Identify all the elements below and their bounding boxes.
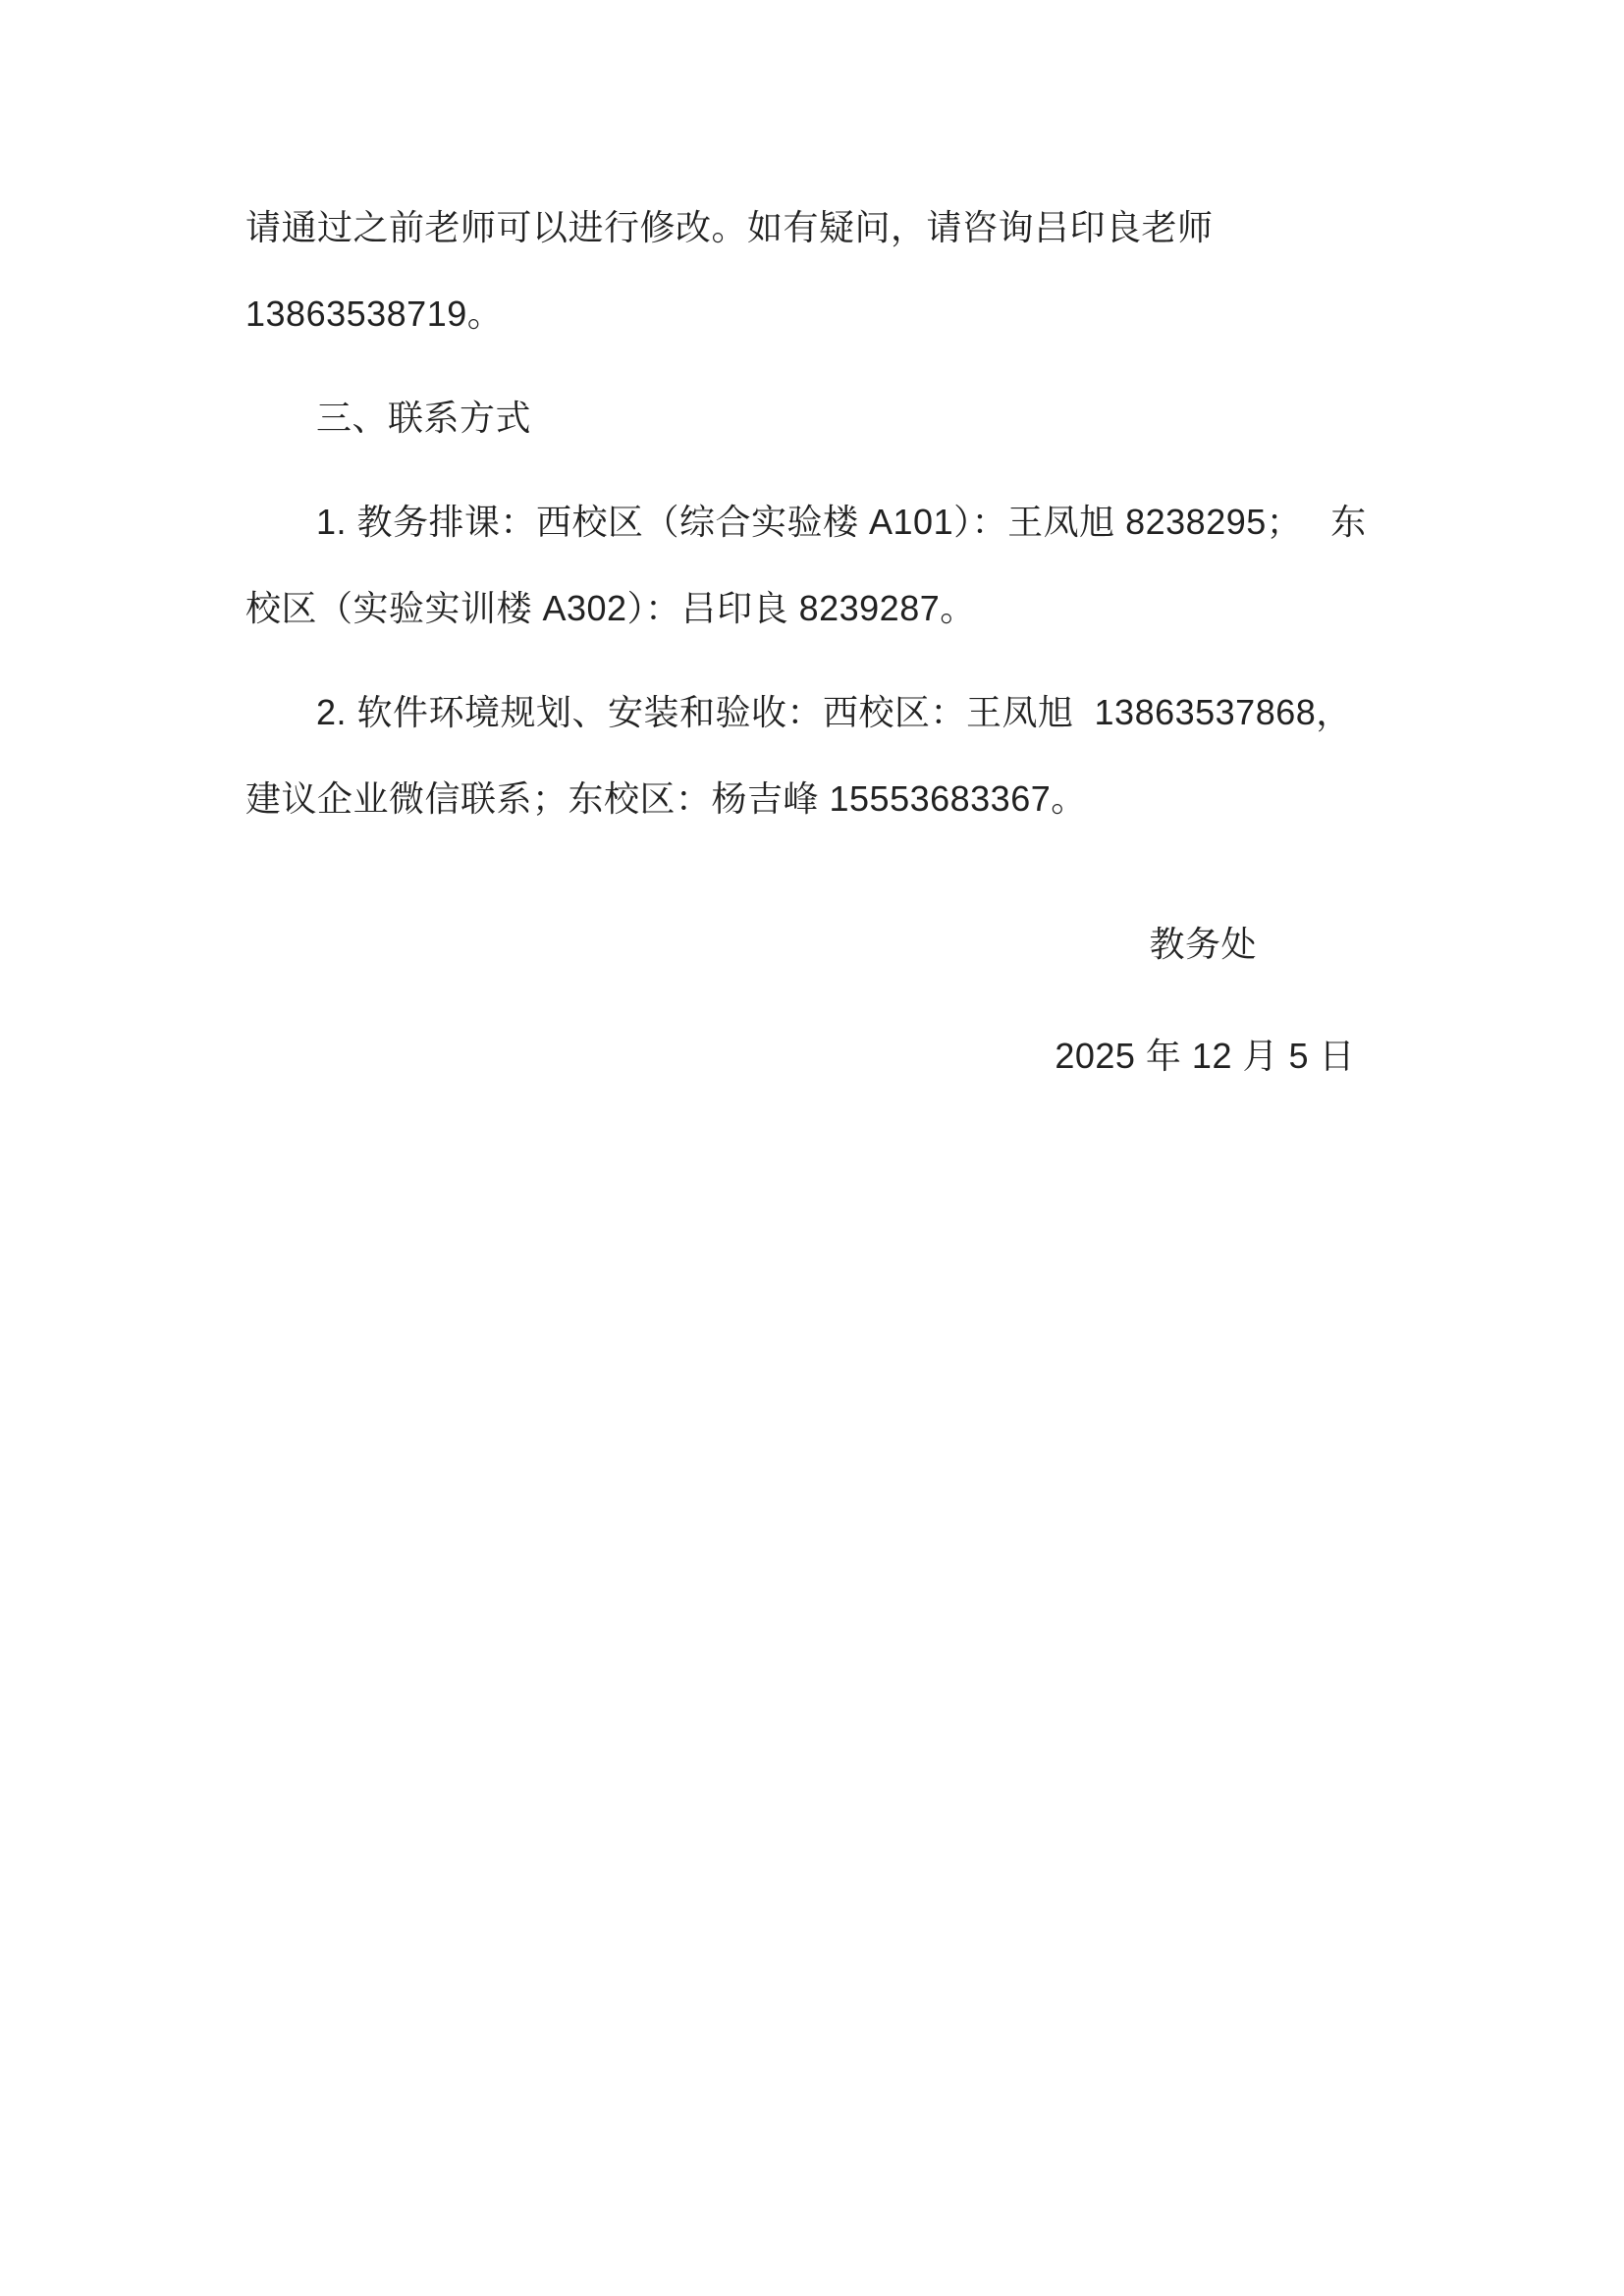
document-content: 请通过之前老师可以进行修改。如有疑问，请咨询吕印良老师 13863538719。… — [0, 0, 1624, 1099]
section-heading: 三、联系方式 — [245, 375, 1379, 461]
section-heading-paragraph: 三、联系方式 — [245, 375, 1379, 461]
contact-item-1-line-2: 校区（实验实训楼 A302）：吕印良 8239287。 — [245, 565, 1379, 652]
paragraph-continuation: 请通过之前老师可以进行修改。如有疑问，请咨询吕印良老师 13863538719。 — [245, 185, 1379, 357]
signature-department: 教务处 — [245, 901, 1379, 988]
contact-item-1-line-1: 1. 教务排课：西校区（综合实验楼 A101）：王凤旭 8238295； 东 — [245, 479, 1379, 565]
signature-date: 2025 年 12 月 5 日 — [245, 1013, 1379, 1099]
contact-item-1: 1. 教务排课：西校区（综合实验楼 A101）：王凤旭 8238295； 东 校… — [245, 479, 1379, 652]
contact-item-2: 2. 软件环境规划、安装和验收：西校区：王凤旭 13863537868， 建议企… — [245, 669, 1379, 842]
contact-item-2-line-1: 2. 软件环境规划、安装和验收：西校区：王凤旭 13863537868， — [245, 669, 1379, 756]
continuation-line-2: 13863538719。 — [245, 271, 1379, 357]
contact-item-2-line-2: 建议企业微信联系；东校区：杨吉峰 15553683367。 — [245, 756, 1379, 842]
continuation-line-1: 请通过之前老师可以进行修改。如有疑问，请咨询吕印良老师 — [245, 185, 1379, 271]
signature-block: 教务处 2025 年 12 月 5 日 — [245, 901, 1379, 1099]
document-page: 请通过之前老师可以进行修改。如有疑问，请咨询吕印良老师 13863538719。… — [0, 0, 1624, 2296]
